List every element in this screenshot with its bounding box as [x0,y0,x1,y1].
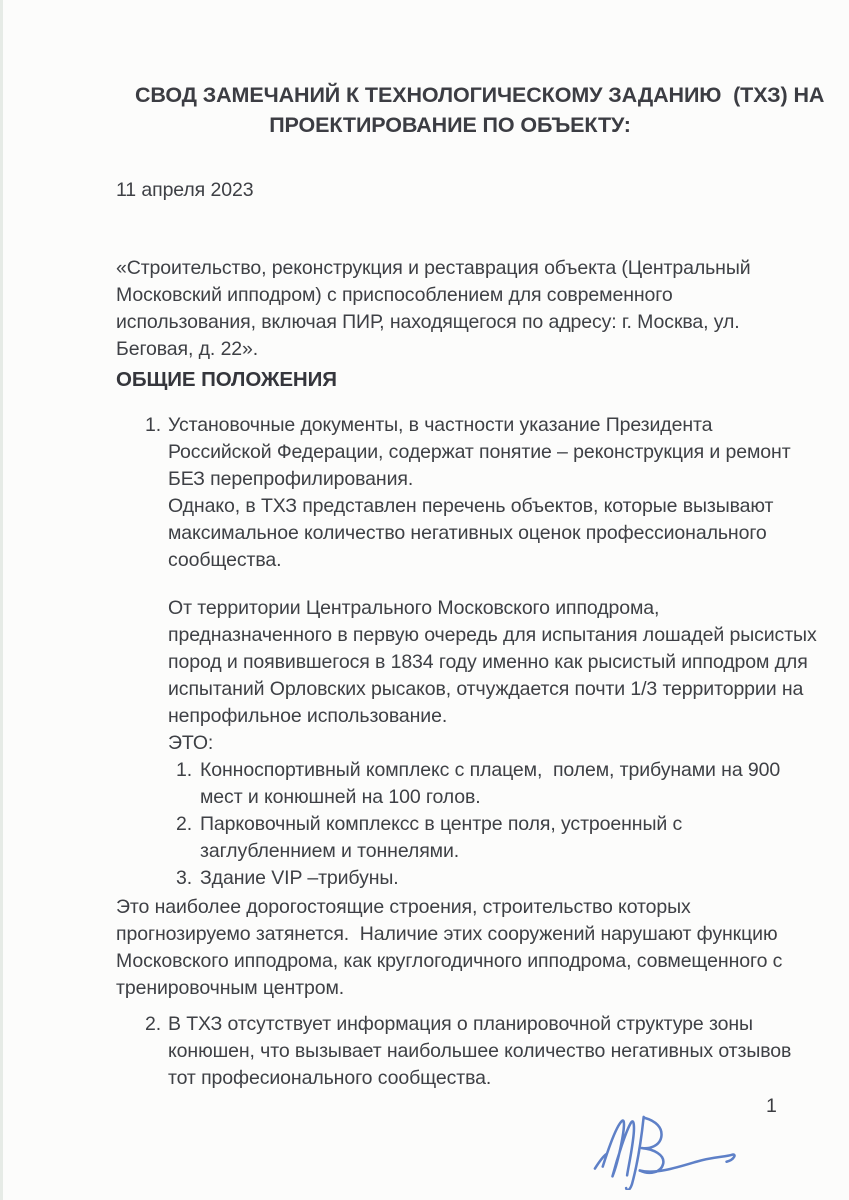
objects-item-1: 1. Конноспортивный комплекс с плацем, по… [176,757,780,811]
objects-item-1-number: 1. [176,757,200,784]
item-2-number: 2. [145,1011,168,1038]
section-heading: ОБЩИЕ ПОЛОЖЕНИЯ [116,366,337,393]
page-number: 1 [766,1093,777,1120]
objects-item-3: 3. Здание VIP –трибуны. [176,865,780,892]
item-2-text: В ТХЗ отсутствует информация о планирово… [168,1011,791,1092]
objects-item-3-text: Здание VIP –трибуны. [200,865,399,892]
intro-paragraph: «Строительство, реконструкция и реставра… [116,255,751,363]
item-1-text: Установочные документы, в частности указ… [168,412,791,574]
territory-paragraph: От территории Центрального Московского и… [168,595,817,757]
signature-icon [586,1112,754,1190]
item-1-number: 1. [145,412,168,439]
numbered-item-1: 1. Установочные документы, в частности у… [145,412,791,574]
objects-item-2-text: Парковочный комплексс в центре поля, уст… [200,811,682,865]
signature-strokes [595,1117,735,1190]
document-page: СВОД ЗАМЕЧАНИЙ К ТЕХНОЛОГИЧЕСКОМУ ЗАДАНИ… [0,0,849,1200]
objects-item-2: 2. Парковочный комплексс в центре поля, … [176,811,780,865]
scan-edge-artifact [0,0,3,1200]
document-title: СВОД ЗАМЕЧАНИЙ К ТЕХНОЛОГИЧЕСКОМУ ЗАДАНИ… [135,80,765,140]
numbered-item-2: 2. В ТХЗ отсутствует информация о планир… [145,1011,791,1092]
objects-item-1-text: Конноспортивный комплекс с плацем, полем… [200,757,780,811]
document-date: 11 апреля 2023 [116,177,253,204]
objects-sublist: 1. Конноспортивный комплекс с плацем, по… [176,757,780,892]
conclusion-paragraph: Это наиболее дорогостоящие строения, стр… [116,894,782,1002]
objects-item-2-number: 2. [176,811,200,838]
objects-item-3-number: 3. [176,865,200,892]
